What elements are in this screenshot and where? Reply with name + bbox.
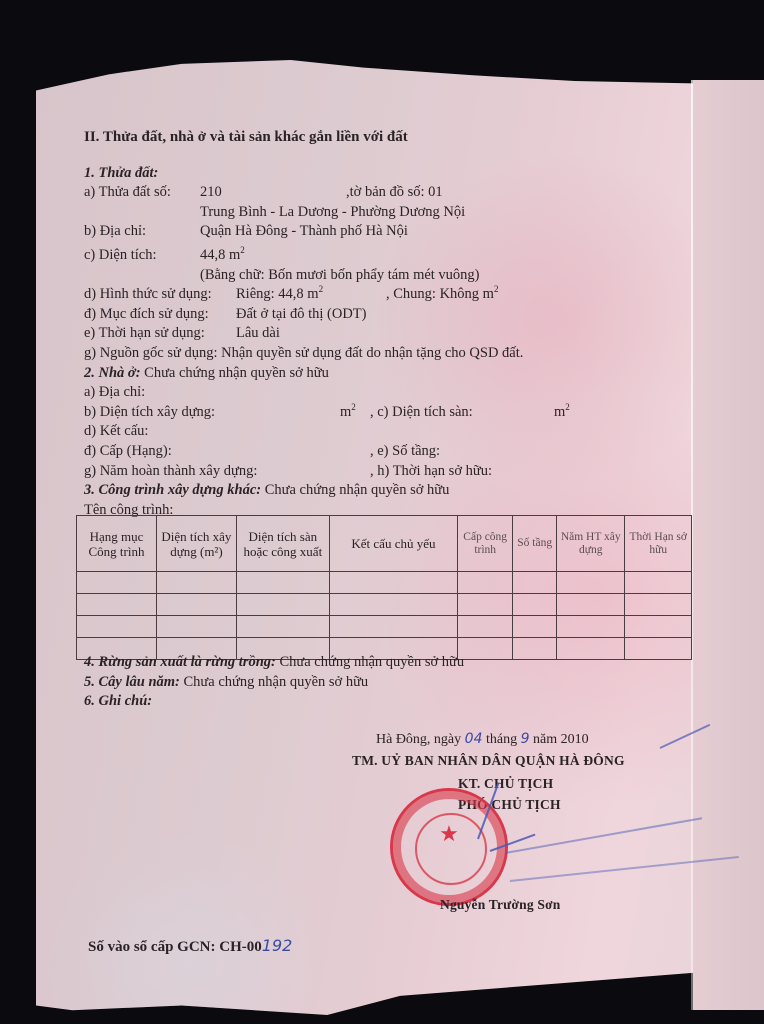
table-cell: [513, 594, 557, 616]
built-area-row: b) Diện tích xây dựng: m2 , c) Diện tích…: [84, 403, 704, 423]
structure-row: d) Kết cấu:: [84, 422, 704, 442]
table-cell: [625, 638, 692, 660]
col-header-floors: Số tầng: [513, 516, 557, 572]
table-cell: [329, 594, 457, 616]
floor-area-label: , c) Diện tích sàn:: [370, 403, 473, 423]
table-cell: [625, 616, 692, 638]
signer-name: Nguyễn Trường Sơn: [440, 897, 560, 913]
notes-row: 6. Ghi chú:: [84, 692, 464, 712]
table-cell: [458, 572, 513, 594]
map-sheet: ,tờ bản đồ số: 01: [346, 183, 443, 203]
area-words: (Bằng chữ: Bốn mươi bốn phẩy tám mét vuô…: [200, 266, 480, 286]
register-handwritten-number: 192: [262, 936, 293, 955]
table-cell: [236, 616, 329, 638]
table-cell: [513, 638, 557, 660]
address-line1-row: Trung Bình - La Dương - Phường Dương Nội: [84, 203, 704, 223]
year-label: năm 2010: [533, 732, 589, 747]
section-title: II. Thửa đất, nhà ở và tài sản khác gắn …: [84, 128, 704, 148]
table-cell: [513, 616, 557, 638]
table-cell: [557, 572, 625, 594]
table-cell: [625, 572, 692, 594]
forest-row: 4. Rừng sản xuất là rừng trồng: Chưa chứ…: [84, 653, 464, 673]
table-cell: [557, 616, 625, 638]
lower-sections: 4. Rừng sản xuất là rừng trồng: Chưa chứ…: [84, 653, 464, 712]
grade-row: đ) Cấp (Hạng): , e) Số tầng:: [84, 442, 704, 462]
table-cell: [329, 616, 457, 638]
notes-heading: 6. Ghi chú:: [84, 693, 152, 709]
origin-value: Nhận quyền sử dụng đất do nhận tặng cho …: [221, 345, 523, 361]
house-heading-row: 2. Nhà ở: Chưa chứng nhận quyền sở hữu: [84, 364, 704, 384]
area-value: 44,8 m2: [200, 246, 245, 266]
other-works-status: Chưa chứng nhận quyền sở hữu: [265, 482, 450, 498]
land-heading-row: 1. Thửa đất:: [84, 164, 704, 184]
col-header-grade: Cấp công trình: [458, 516, 513, 572]
term-value: Lâu dài: [236, 324, 280, 344]
table-row: [77, 594, 692, 616]
grade-label: đ) Cấp (Hạng):: [84, 443, 172, 459]
other-works-heading: 3. Công trình xây dựng khác:: [84, 482, 261, 498]
address-line1: Trung Bình - La Dương - Phường Dương Nội: [200, 203, 465, 223]
table-cell: [557, 638, 625, 660]
origin-label: g) Nguồn gốc sử dụng:: [84, 345, 218, 361]
use-form-label: d) Hình thức sử dụng:: [84, 286, 212, 302]
ownership-term-label: , h) Thời hạn sở hữu:: [370, 462, 492, 482]
table-cell: [557, 594, 625, 616]
month-label: tháng: [486, 732, 517, 747]
register-number: Số vào sổ cấp GCN: CH-00192: [88, 936, 292, 956]
structure-label: d) Kết cấu:: [84, 423, 148, 439]
perennial-row: 5. Cây lâu năm: Chưa chứng nhận quyền sở…: [84, 673, 464, 693]
table-cell: [77, 594, 157, 616]
date-prefix: Hà Đông, ngày: [376, 732, 461, 747]
house-address-label: a) Địa chỉ:: [84, 384, 145, 400]
area-label: c) Diện tích:: [84, 247, 156, 263]
completion-label: g) Năm hoàn thành xây dựng:: [84, 463, 257, 479]
house-heading: 2. Nhà ở:: [84, 365, 141, 381]
table-cell: [625, 594, 692, 616]
table-cell: [77, 616, 157, 638]
table-cell: [236, 594, 329, 616]
col-header-year: Năm HT xây dựng: [557, 516, 625, 572]
col-header-structure: Kết cấu chủ yếu: [329, 516, 457, 572]
table-cell: [458, 638, 513, 660]
land-heading: 1. Thửa đất:: [84, 165, 158, 181]
use-form-private: Riêng: 44,8 m2: [236, 285, 323, 305]
floors-label: , e) Số tầng:: [370, 442, 440, 462]
address-label: b) Địa chỉ:: [84, 223, 146, 239]
forest-heading: 4. Rừng sản xuất là rừng trồng:: [84, 654, 276, 670]
table-cell: [77, 572, 157, 594]
area-words-row: (Bằng chữ: Bốn mươi bốn phẩy tám mét vuô…: [84, 266, 704, 286]
use-form-shared: , Chung: Không m2: [386, 285, 498, 305]
forest-status: Chưa chứng nhận quyền sở hữu: [279, 654, 464, 670]
issuing-authority: TM. UỶ BAN NHÂN DÂN QUẬN HÀ ĐÔNG: [352, 753, 625, 769]
purpose-label: đ) Mục đích sử dụng:: [84, 306, 209, 322]
star-icon: ★: [393, 821, 505, 847]
floor-area-unit: m2: [554, 403, 570, 423]
use-form-row: d) Hình thức sử dụng: Riêng: 44,8 m2 , C…: [84, 285, 704, 305]
address-line2: Quận Hà Đông - Thành phố Hà Nội: [200, 222, 408, 242]
other-works-row: 3. Công trình xây dựng khác: Chưa chứng …: [84, 481, 704, 501]
table-cell: [156, 572, 236, 594]
house-status: Chưa chứng nhận quyền sở hữu: [144, 365, 329, 381]
table-row: [77, 572, 692, 594]
built-area-label: b) Diện tích xây dựng:: [84, 404, 215, 420]
purpose-row: đ) Mục đích sử dụng: Đất ở tại đô thị (O…: [84, 305, 704, 325]
parcel-label: a) Thửa đất số:: [84, 184, 171, 200]
table-cell: [156, 616, 236, 638]
date-month: 9: [521, 731, 530, 747]
term-label: e) Thời hạn sử dụng:: [84, 325, 205, 341]
parcel-value: 210: [200, 183, 222, 203]
works-table: Hạng mục Công trình Diện tích xây dựng (…: [76, 515, 692, 660]
address-row: b) Địa chỉ: Quận Hà Đông - Thành phố Hà …: [84, 222, 704, 242]
completion-row: g) Năm hoàn thành xây dựng: , h) Thời hạ…: [84, 462, 704, 482]
register-label: Số vào sổ cấp GCN: CH-00: [88, 939, 262, 955]
date-day: 04: [465, 731, 483, 747]
perennial-heading: 5. Cây lâu năm:: [84, 674, 180, 690]
col-header-floor-area: Diện tích sàn hoặc công xuất: [236, 516, 329, 572]
works-table-header: Hạng mục Công trình Diện tích xây dựng (…: [77, 516, 692, 572]
origin-row: g) Nguồn gốc sử dụng: Nhận quyền sử dụng…: [84, 344, 704, 364]
table-cell: [458, 616, 513, 638]
built-area-unit: m2: [340, 403, 356, 423]
certificate-content: II. Thửa đất, nhà ở và tài sản khác gắn …: [84, 128, 704, 520]
col-header-built-area: Diện tích xây dựng (m²): [156, 516, 236, 572]
area-row: c) Diện tích: 44,8 m2: [84, 246, 704, 266]
signing-date: Hà Đông, ngày 04 tháng 9 năm 2010: [376, 731, 589, 748]
signer-title-1: KT. CHỦ TỊCH: [458, 776, 553, 792]
table-cell: [156, 594, 236, 616]
term-row: e) Thời hạn sử dụng: Lâu dài: [84, 324, 704, 344]
table-row: [77, 616, 692, 638]
col-header-category: Hạng mục Công trình: [77, 516, 157, 572]
purpose-value: Đất ở tại đô thị (ODT): [236, 305, 367, 325]
table-cell: [513, 572, 557, 594]
table-cell: [236, 572, 329, 594]
table-cell: [329, 572, 457, 594]
house-address-row: a) Địa chỉ:: [84, 383, 704, 403]
table-cell: [458, 594, 513, 616]
parcel-row: a) Thửa đất số: 210 ,tờ bản đồ số: 01: [84, 183, 704, 203]
col-header-ownership-term: Thời Hạn sở hữu: [625, 516, 692, 572]
perennial-status: Chưa chứng nhận quyền sở hữu: [184, 674, 369, 690]
